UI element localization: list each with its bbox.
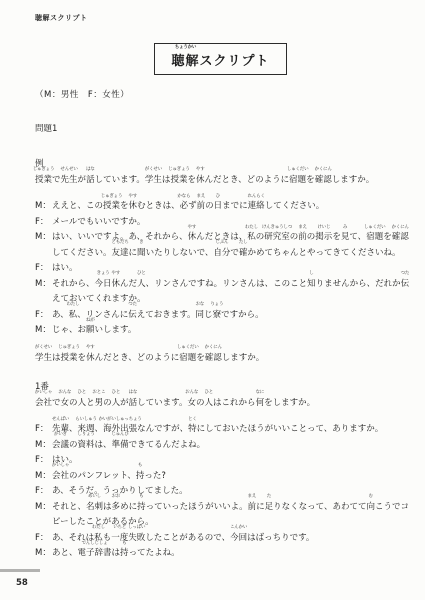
ruby-term: 学生がくせい (145, 173, 162, 189)
speaker-label: M： (35, 323, 52, 339)
ruby-term: 会社かいしゃ (35, 396, 52, 412)
dialog-text: 会社かいしゃのパンフレット、持もった? (52, 469, 417, 485)
ruby-term: 名刺めいし (86, 500, 103, 516)
dialog-line: M：会社かいしゃのパンフレット、持もった? (35, 469, 417, 485)
ruby-term: 人ひと (205, 396, 214, 412)
speaker-label: M： (35, 500, 52, 516)
ruby-term: 前まえ (248, 500, 257, 516)
ruby-term: 研究室けんきゅうしつ (264, 230, 290, 246)
speaker-label: F： (35, 215, 52, 231)
speaker-label: M： (35, 230, 52, 246)
ruby-term: 掲示けいじ (315, 230, 332, 246)
ruby-term: 私わたし (69, 308, 78, 324)
dialog-text: 先輩せんぱい、来週らいしゅう、海外出張かいがいしゅっちょうなんですが、特とくにし… (52, 422, 417, 438)
page-title: 聴解ちょうかいスクリプト (154, 43, 286, 75)
ruby-term: 人ひと (112, 396, 121, 412)
ruby-term: 会議かいぎ (52, 438, 69, 454)
ruby-term: 休やす (188, 230, 197, 246)
ruby-term: 授業じゅぎょう (170, 173, 187, 189)
speaker-label: M： (35, 546, 52, 562)
ruby-term: 向む (367, 500, 376, 516)
dialog-text: あ、そうだ。うっかりしてました。 (52, 484, 417, 500)
ruby-term: 先生せんせい (61, 173, 78, 189)
ruby-term: 今回こんかい (230, 531, 247, 547)
ruby-term: 私わたし (247, 230, 256, 246)
ruby-term: 女おんな (188, 396, 197, 412)
ruby-term: 持も (136, 469, 145, 485)
speaker-label: F： (35, 422, 52, 438)
dialog-text: はい、いいですよ。あ、それから、休やすんだときは、私わたしの研究室けんきゅうしつ… (52, 230, 417, 261)
footer-divider (0, 569, 40, 572)
gender-legend: （M：男性 F：女性） (35, 88, 417, 104)
ruby-term: 確たし (239, 246, 248, 262)
speaker-label: F： (35, 484, 52, 500)
ruby-term: 確認かくにん (205, 351, 222, 367)
dialog-text: それから、今日きょう休やすんだ人ひと、リンさんですね。リンさんは、このこと知しり… (52, 277, 417, 308)
ruby-term: 電子辞書でんしじしょ (78, 546, 112, 562)
dialog-line: M：会議かいぎの資料しりょうは、準備じゅんびできてるんだよね。 (35, 438, 417, 454)
dialog-text: 会議かいぎの資料しりょうは、準備じゅんびできてるんだよね。 (52, 438, 417, 454)
ruby-term: 聴解ちょうかい (171, 50, 199, 69)
ruby-term: 失敗しっぱい (128, 531, 145, 547)
ruby-term: 人ひと (78, 396, 87, 412)
speaker-label: M： (35, 438, 52, 454)
ruby-term: 日ひ (214, 199, 223, 215)
dialog-line: M：それから、今日きょう休やすんだ人ひと、リンさんですね。リンさんは、このこと知… (35, 277, 417, 308)
ruby-term: 話はな (86, 173, 95, 189)
speaker-label: F： (35, 531, 52, 547)
ruby-term: 前まえ (197, 199, 206, 215)
ruby-term: 資料しりょう (78, 438, 95, 454)
ruby-term: 会社かいしゃ (52, 469, 69, 485)
dialog-text: あと、電子辞書でんしじしょは持もってたよね。 (52, 546, 417, 562)
ruby-term: 願ねが (86, 323, 95, 339)
ruby-term: 授業じゅぎょう (35, 173, 52, 189)
dialog-line: M：あと、電子辞書でんしじしょは持もってたよね。 (35, 546, 417, 562)
ruby-term: 宿題しゅくだい (179, 351, 196, 367)
ruby-term: 宿題しゅくだい (289, 173, 306, 189)
speaker-label: M： (35, 199, 52, 215)
ruby-term: 多おお (112, 500, 121, 516)
ruby-term: 伝つた (401, 277, 410, 293)
ruby-term: 聞き (137, 246, 146, 262)
ruby-term: 授業じゅぎょう (103, 199, 120, 215)
dialog-text: メールでもいいですか。 (52, 215, 417, 231)
ruby-term: 女おんな (61, 396, 70, 412)
ruby-term: 宿題しゅくだい (366, 230, 383, 246)
ruby-term: 必かなら (180, 199, 189, 215)
dialog-line: M：じゃ、お願ねがいします。 (35, 323, 417, 339)
ruby-term: 何なに (256, 396, 265, 412)
ruby-term: 人ひと (137, 277, 146, 293)
ruby-term: 確認かくにん (392, 230, 409, 246)
dialog-text: はい。 (52, 453, 417, 469)
dialog-text: ええと、この授業じゅぎょうを休やすむときは、必かならず前まえの日ひまでに連絡れん… (52, 199, 417, 215)
ruby-term: 見み (341, 230, 350, 246)
dialog-line: M：はい、いいですよ。あ、それから、休やすんだときは、私わたしの研究室けんきゅう… (35, 230, 417, 261)
ruby-term: 学生がくせい (35, 351, 52, 367)
ruby-term: 今日きょう (95, 277, 112, 293)
ruby-term: 持も (137, 500, 146, 516)
running-header: 聴解スクリプト (35, 13, 88, 23)
ruby-term: 準備じゅんび (112, 438, 129, 454)
ruby-term: 授業じゅぎょう (61, 351, 78, 367)
ruby-term: 同おな (196, 308, 205, 324)
ruby-term: 休やす (86, 351, 95, 367)
speaker-label: M： (35, 469, 52, 485)
speaker-label: F： (35, 261, 52, 277)
narration-line: 授業じゅぎょうで先生せんせいが話はなしています。学生がくせいは授業じゅぎょうを休… (35, 173, 417, 189)
ruby-term: 休やす (129, 199, 138, 215)
ruby-term: 自分じぶん (213, 246, 230, 262)
speaker-label: F： (35, 453, 52, 469)
ruby-term: 休やす (112, 277, 121, 293)
ruby-term: 特とく (188, 422, 197, 438)
question-line: 学生がくせいは授業じゅぎょうを休やすんだとき、どのように宿題しゅくだいを確認かく… (35, 351, 417, 367)
dialog-line: F：はい。 (35, 261, 417, 277)
ruby-term: 確認かくにん (315, 173, 332, 189)
page-number: 58 (16, 578, 28, 588)
ruby-term: 知し (307, 277, 316, 293)
dialog-line: F：はい。 (35, 453, 417, 469)
ruby-term: 寮りょう (213, 308, 222, 324)
ruby-term: 男おとこ (95, 396, 104, 412)
ruby-term: 伝つた (128, 308, 137, 324)
ruby-term: 休やす (196, 173, 205, 189)
script-content: （M：男性 F：女性） 問題1例授業じゅぎょうで先生せんせいが話はなしています。… (35, 88, 417, 562)
title-wrap: 聴解ちょうかいスクリプト (0, 43, 425, 75)
ruby-term: 前まえ (298, 230, 307, 246)
ruby-term: 話はな (129, 396, 138, 412)
dialog-text: あ、私わたし、リンさんに伝つたえておきます。同おなじ寮りょうですから。 (52, 308, 417, 324)
dialog-text: じゃ、お願ねがいします。 (52, 323, 417, 339)
ruby-term: 足た (265, 500, 274, 516)
dialog-line: M：ええと、この授業じゅぎょうを休やすむときは、必かならず前まえの日ひまでに連絡… (35, 199, 417, 215)
ruby-term: 連絡れんらく (248, 199, 265, 215)
speaker-label: M： (35, 277, 52, 293)
problem-heading: 問題1 (35, 122, 417, 138)
speaker-label: F： (35, 308, 52, 324)
ruby-term: 持も (120, 546, 129, 562)
dialog-line: F：メールでもいいですか。 (35, 215, 417, 231)
script-page: 聴解スクリプト 聴解ちょうかいスクリプト （M：男性 F：女性） 問題1例授業じ… (0, 0, 425, 600)
ruby-term: 友達ともだち (112, 246, 129, 262)
narration-line: 会社かいしゃで女おんなの人ひとと男おとこの人ひとが話はなしています。女おんなの人… (35, 396, 417, 412)
